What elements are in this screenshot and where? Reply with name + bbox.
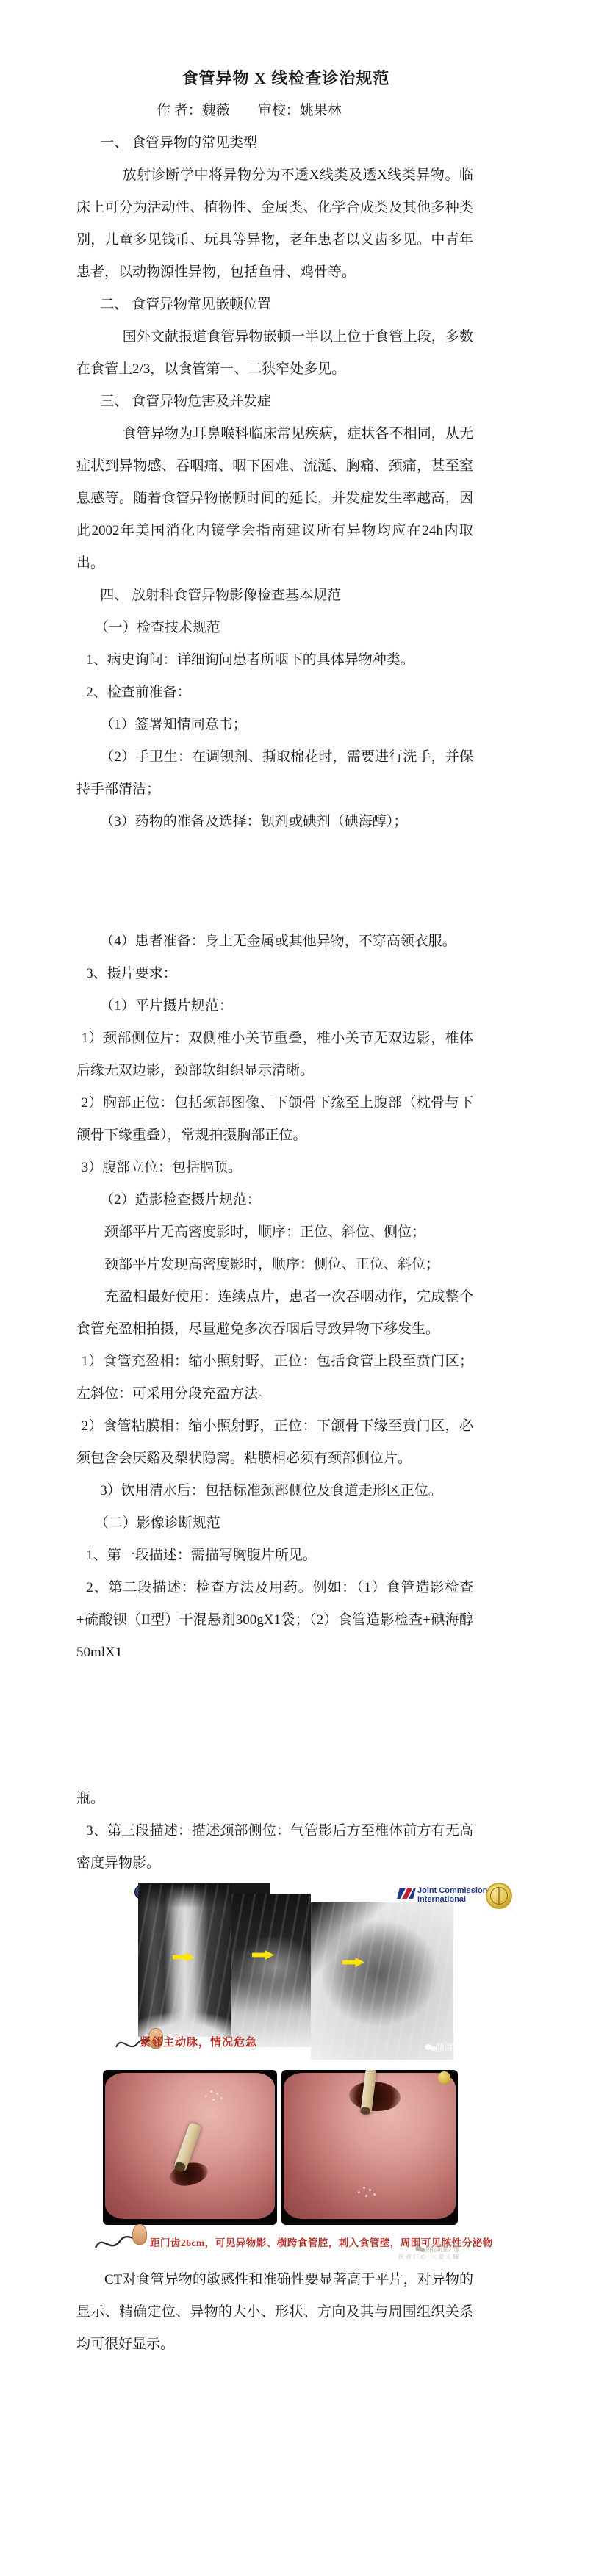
list-item: 1、第一段描述：需描写胸腹片所见。 (76, 1540, 473, 1572)
list-item: （4）患者准备：身上无金属或其他异物，不穿高领衣服。 (76, 926, 473, 958)
section-heading: 一、 食管异物的常见类型 (76, 127, 473, 159)
figure-xray-montage: Joint Commission International 紧邻主动脉，情况危… (118, 1883, 514, 2062)
xray-frontal-image (138, 1884, 231, 2037)
doc-section-3: 瓶。 3、第三段描述：描述颈部侧位：气管影后方至椎体前方有无高密度异物影。 (76, 1783, 473, 1880)
figure1-caption: 紧邻主动脉，情况危急 (140, 2034, 257, 2049)
figure2-watermark: 鼎湖影像 医者仁心 大爱无疆 (398, 2245, 460, 2261)
paragraph: 国外文献报道食管异物嵌顿一半以上位于食管上段，多数在食管上2/3，以食管第一、二… (76, 321, 473, 386)
figure1-watermark: 鼎湖影像 (425, 2040, 473, 2054)
fist-icon (132, 2224, 147, 2245)
sub-heading: （二）影像诊断规范 (76, 1507, 473, 1540)
list-item: 3、第三段描述：描述颈部侧位：气管影后方至椎体前方有无高密度异物影。 (76, 1815, 473, 1880)
gold-seal-partial-icon (438, 2071, 450, 2084)
xray-lateral-image (311, 1902, 453, 2060)
jci-logo-line1: Joint Commission (417, 1886, 487, 1895)
rib-texture (231, 1894, 311, 2047)
figure-endoscopy: 距门齿26cm，可见异物影、横跨食管腔，刺入食管壁，周围可见脓性分泌物 鼎湖影像… (96, 2070, 511, 2261)
paragraph: 食管异物为耳鼻喉科临床常见疾病，症状各不相同，从无症状到异物感、吞咽痛、咽下困难… (76, 418, 473, 580)
list-item: 3、摄片要求： (76, 958, 473, 990)
list-item: 2）食管粘膜相：缩小照射野，正位：下颌骨下缘至贲门区，必须包含会厌谿及梨状隐窝。… (76, 1410, 473, 1475)
jci-flag-icon (397, 1888, 416, 1899)
watermark-text: 鼎湖影像 (425, 2245, 460, 2253)
esophagus-lumen (105, 2073, 275, 2219)
watermark-line1: 鼎湖影像 (398, 2245, 460, 2253)
endoscopy-image-left (103, 2070, 277, 2225)
list-item: （1）签署知情同意书； (76, 709, 473, 741)
jci-logo-text: Joint Commission International (417, 1886, 487, 1904)
doc-section-2: （4）患者准备：身上无金属或其他异物，不穿高领衣服。 3、摄片要求： （1）平片… (76, 926, 473, 1669)
rib-texture (138, 1884, 231, 2037)
sub-heading: （一）检查技术规范 (76, 612, 473, 644)
paragraph: 充盈相最好使用：连续点片，患者一次吞咽动作，完成整个食管充盈相拍摄，尽量避免多次… (76, 1281, 473, 1346)
jci-logo: Joint Commission International (398, 1886, 487, 1904)
section-heading: 四、 放射科食管异物影像检查基本规范 (76, 580, 473, 612)
wechat-icon (425, 2044, 432, 2050)
doc-section-4: CT对食管异物的敏感性和准确性要显著高于平片，对异物的显示、精确定位、异物的大小… (76, 2264, 473, 2361)
watermark-line2: 医者仁心 大爱无疆 (398, 2253, 460, 2261)
paragraph-continuation: 瓶。 (76, 1783, 473, 1815)
list-item: （2）造影检查摄片规范： (76, 1184, 473, 1216)
watermark-text: 鼎湖影像 (435, 2040, 473, 2054)
list-item: 2、第二段描述：检查方法及用药。例如：（1）食管造影检查+硫酸钡（II型）干混悬… (76, 1572, 473, 1669)
list-item: 1）食管充盈相：缩小照射野，正位：包括食管上段至贲门区；左斜位：可采用分段充盈方… (76, 1346, 473, 1410)
rib-texture (311, 1902, 453, 2060)
secretion-flecks (363, 2187, 365, 2189)
list-item: 颈部平片无高密度影时，顺序：正位、斜位、侧位； (76, 1216, 473, 1249)
doc-section-1: 食管异物 X 线检查诊治规范 作 者：魏薇 审校：姚果林 一、 食管异物的常见类… (76, 62, 473, 838)
wechat-icon (415, 2246, 422, 2251)
xray-oblique-image (231, 1894, 311, 2047)
page-title: 食管异物 X 线检查诊治规范 (76, 62, 473, 95)
list-item: 颈部平片发现高密度影时，顺序：侧位、正位、斜位； (76, 1249, 473, 1281)
list-item: 1）颈部侧位片：双侧椎小关节重叠，椎小关节无双边影，椎体后缘无双边影，颈部软组织… (76, 1022, 473, 1087)
secretion-flecks (210, 2090, 212, 2093)
byline: 作 者：魏薇 审校：姚果林 (76, 95, 473, 127)
list-item: 3）饮用清水后：包括标准颈部侧位及食道走形区正位。 (76, 1475, 473, 1507)
list-item: 2）胸部正位：包括颈部图像、下颌骨下缘至上腹部（枕骨与下颌骨下缘重叠），常规拍摄… (76, 1087, 473, 1152)
esophagus-lumen (284, 2073, 456, 2219)
paragraph: 放射诊断学中将异物分为不透X线类及透X线类异物。临床上可分为活动性、植物性、金属… (76, 159, 473, 289)
list-item: 2、检查前准备： (76, 677, 473, 709)
section-heading: 二、 食管异物常见嵌顿位置 (76, 289, 473, 321)
endoscopy-image-right (281, 2070, 458, 2225)
list-item: 1、病史询问：详细询问患者所咽下的具体异物种类。 (76, 644, 473, 677)
section-heading: 三、 食管异物危害及并发症 (76, 386, 473, 418)
document-page: 食管异物 X 线检查诊治规范 作 者：魏薇 审校：姚果林 一、 食管异物的常见类… (0, 0, 607, 2576)
paragraph: CT对食管异物的敏感性和准确性要显著高于平片，对异物的显示、精确定位、异物的大小… (76, 2264, 473, 2361)
endoscope-cable (94, 2227, 138, 2256)
list-item: 3）腹部立位：包括膈顶。 (76, 1152, 473, 1184)
list-item: （1）平片摄片规范： (76, 990, 473, 1022)
endoscope-hand-icon (94, 2223, 150, 2259)
list-item: （2）手卫生：在调钡剂、撕取棉花时，需要进行洗手，并保持手部清洁； (76, 741, 473, 806)
list-item: （3）药物的准备及选择：钡剂或碘剂（碘海醇）； (76, 806, 473, 838)
gold-seal-icon (486, 1883, 512, 1909)
